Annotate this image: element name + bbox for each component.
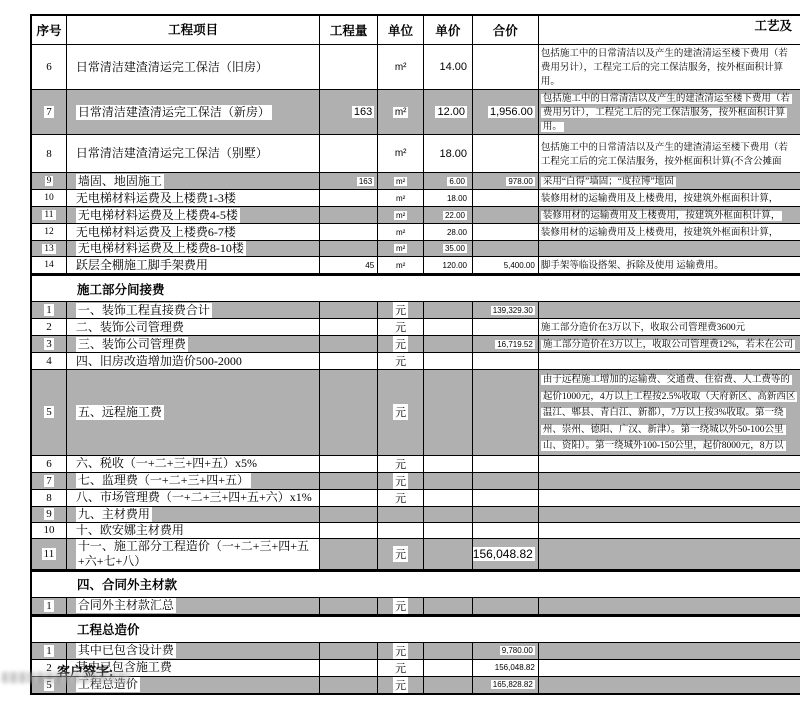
cell-qty[interactable]: 163 [320,173,378,189]
cell-text: 1,956.00 [488,106,535,118]
cell-text: 12 [44,227,54,237]
cell-desc[interactable] [539,598,800,614]
cell-text: 墙固、地固施工 [76,174,164,189]
cell-price[interactable]: 18.00 [424,135,473,172]
table-row: 4四、旧房改造增加造价500-2000元 [32,353,800,370]
cell-item[interactable]: 日常清洁建渣清运完工保洁（新房） [67,90,320,134]
cell-unit[interactable]: m² [378,207,424,223]
cell-no[interactable]: 10 [32,523,67,538]
cell-desc[interactable]: 包括施工中的日常清洁以及产生的建渣清运至楼下费用（若费用另计），工程完工后的完工… [539,90,800,134]
cell-qty[interactable] [320,490,378,506]
cell-qty[interactable] [320,456,378,472]
cell-qty[interactable] [320,336,378,352]
table-row: 12无电梯材料运费及上楼费6-7楼m²28.00装修用材的运输费用及上楼费用，按… [32,224,800,241]
table-row: 6六、税收（一+二+三+四+五）x5%元 [32,456,800,473]
cell-text: 11 [42,548,57,560]
cell-text: 无电梯材料运费及上楼费4-5楼 [76,208,240,223]
cell-text: 7 [44,475,54,487]
cell-price[interactable] [424,677,473,693]
cell-item[interactable]: 六、税收（一+二+三+四+五）x5% [67,456,320,472]
cell-no[interactable]: 1 [32,643,67,659]
table-row: 11无电梯材料运费及上楼费4-5楼m²22.00装修用材的运输费用及上楼费用，按… [32,207,800,224]
table-row: 3三、装饰公司管理费元16,719.52施工部分造价在3万以上，收取公司管理费1… [32,336,800,353]
cell-price[interactable] [424,456,473,472]
cell-no[interactable]: 5 [32,370,67,455]
cell-text: 元 [395,319,406,335]
cell-text: 元 [393,302,408,318]
cell-text: 装修用材的运输费用及上楼费用，按建筑外框面积计算， [541,228,779,238]
cell-unit[interactable]: m² [378,257,424,273]
cell-text: 包括施工中的日常清洁以及产生的建渣清运至楼下费用（若 [541,94,792,104]
cell-text: 元 [393,643,408,659]
cell-no[interactable]: 11 [32,207,67,223]
cell-unit[interactable]: 元 [378,336,424,352]
cell-price[interactable]: 120.00 [424,257,473,273]
cell-desc[interactable] [539,677,800,693]
cell-text: 十、欧安娜主材费用 [76,523,184,538]
cell-unit[interactable]: 元 [378,598,424,614]
cell-text: 163 [357,177,374,186]
cell-desc[interactable]: 装修用材的运输费用及上楼费用，按建筑外框面积计算， [539,224,800,240]
column-header-desc[interactable]: 工艺及 [539,16,800,44]
cell-no[interactable]: 7 [32,90,67,134]
cell-unit[interactable]: m² [378,241,424,256]
table-row: 7日常清洁建渣清运完工保洁（新房）163m²12.001,956.00包括施工中… [32,90,800,135]
cell-text: 包括施工中的日常清洁以及产生的建渣清运至楼下费用（若 [541,143,788,153]
cell-price[interactable] [424,370,473,455]
cell-desc[interactable]: 采用“白得”墙固；“度拉博”地固 [539,173,800,189]
column-header-label: 工艺及 [754,16,792,34]
column-header-no[interactable]: 序号 [32,16,67,44]
cell-no[interactable]: 8 [32,135,67,172]
cell-qty[interactable] [320,353,378,369]
cell-text: 十一、施工部分工程造价（一+二+三+四+五+六+七+八） [76,539,319,569]
desc-line: 采用“白得”墙固；“度拉博”地固 [541,174,676,188]
cell-text: 元 [393,404,408,420]
desc-line: 装修用材的运输费用及上楼费用，按建筑外框面积计算， [541,191,779,205]
cell-no[interactable]: 1 [32,598,67,614]
cell-item[interactable]: 九、主材费用 [67,507,320,522]
column-header-label: 单位 [388,21,413,39]
cell-text: 装修用材的运输费用及上楼费用，按建筑外框面积计算， [541,194,779,204]
cell-qty[interactable] [320,598,378,614]
section-title-label: 四、合同外主材款 [77,575,177,593]
cell-item[interactable]: 无电梯材料运费及上楼费1-3楼 [67,190,320,206]
cell-price[interactable] [424,353,473,369]
cell-text: 起价1000元，4万以上工程按2.5%收取（天府新区、高新西区 [541,392,798,402]
cell-qty[interactable] [320,643,378,659]
cell-price[interactable] [424,539,473,569]
cell-unit[interactable]: m² [378,45,424,89]
cell-qty[interactable] [320,507,378,522]
cell-unit[interactable]: 元 [378,370,424,455]
cell-qty[interactable] [320,473,378,489]
column-header-price[interactable]: 单价 [424,16,473,44]
cell-text: 九、主材费用 [76,507,152,522]
cell-text: 18.00 [447,194,467,203]
desc-line: 装修用材的运输费用及上楼费用，按建筑外框面积计算， [541,225,779,239]
cell-text: 州、崇州、德阳、广汉、新津）。第一绕城以外50-100公里 [541,425,786,435]
cell-text: 10 [43,524,54,536]
cell-price[interactable] [424,336,473,352]
cell-desc[interactable] [539,539,800,569]
cell-no[interactable]: 2 [32,319,67,335]
cell-total[interactable] [473,456,539,472]
cell-qty[interactable] [320,539,378,569]
cell-text: 日常清洁建渣清运完工保洁（新房） [76,105,272,120]
cell-item[interactable]: 无电梯材料运费及上楼费6-7楼 [67,224,320,240]
cell-item[interactable]: 其中已包含设计费 [67,643,320,659]
cell-text: 采用“白得”墙固；“度拉博”地固 [541,177,676,187]
cell-unit[interactable]: m² [378,135,424,172]
table-row: 1其中已包含设计费元9,780.00 [32,643,800,660]
desc-line: 起价1000元，4万以上工程按2.5%收取（天府新区、高新西区 [541,388,798,405]
cell-text: 6 [46,458,52,470]
desc-line: 工程完工后的完工保洁服务，按外框面积计算(不含公摊面 [541,154,782,168]
cell-desc[interactable] [539,456,800,472]
cell-unit[interactable]: m² [378,190,424,206]
cell-text: 由于远程施工增加的运输费、交通费、住宿费、人工费等的 [541,375,792,385]
cell-text: 日常清洁建渣清运完工保洁（旧房） [76,60,268,75]
cell-text: 施工部分造价在3万以上，收取公司管理费12%，若未在公司 [541,340,795,350]
cell-total[interactable] [473,370,539,455]
cell-total[interactable]: 16,719.52 [473,336,539,352]
estimate-table: 序号工程项目工程量单位单价合价工艺及6日常清洁建渣清运完工保洁（旧房）m²14.… [30,14,800,695]
cell-desc[interactable] [539,523,800,538]
cell-qty[interactable]: 45 [320,257,378,273]
table-row: 6日常清洁建渣清运完工保洁（旧房）m²14.00包括施工中的日常清洁以及产生的建… [32,45,800,90]
cell-no[interactable]: 6 [32,45,67,89]
cell-no[interactable]: 10 [32,190,67,206]
cell-price[interactable]: 22.00 [424,207,473,223]
cell-text: 元 [393,336,408,352]
cell-total[interactable] [473,190,539,206]
cell-total[interactable] [473,224,539,240]
desc-line: 施工部分造价在3万以上，收取公司管理费12%，若未在公司 [541,337,795,351]
cell-total[interactable] [473,45,539,89]
cell-item[interactable]: 墙固、地固施工 [67,173,320,189]
cell-desc[interactable]: 施工部分造价在3万以上，收取公司管理费12%，若未在公司 [539,336,800,352]
cell-total[interactable]: 9,780.00 [473,643,539,659]
cell-no[interactable]: 9 [32,173,67,189]
cell-text: m² [393,107,409,118]
cell-text: 无电梯材料运费及上楼费6-7楼 [76,225,236,240]
cell-unit[interactable]: 元 [378,473,424,489]
cell-qty[interactable] [320,660,378,676]
cell-text: 9 [45,176,54,186]
cell-price[interactable]: 18.00 [424,190,473,206]
cell-qty[interactable] [320,241,378,256]
cell-desc[interactable]: 装修用材的运输费用及上楼费用，按建筑外框面积计算， [539,207,800,223]
cell-text: 1 [44,304,54,316]
cell-item[interactable]: 十、欧安娜主材费用 [67,523,320,538]
cell-text: 14.00 [439,61,467,73]
cell-total[interactable] [473,523,539,538]
cell-text: 八、市场管理费（一+二+三+四+五+六）x1% [76,490,312,505]
cell-price[interactable]: 28.00 [424,224,473,240]
cell-text: 元 [395,490,406,506]
cell-price[interactable] [424,660,473,676]
table-row: 9墙固、地固施工163m²6.00978.00采用“白得”墙固；“度拉博”地固 [32,173,800,190]
cell-text: m² [394,244,407,253]
cell-price[interactable] [424,490,473,506]
cell-item[interactable]: 十一、施工部分工程造价（一+二+三+四+五+六+七+八） [67,539,320,569]
cell-text: 8 [46,492,52,504]
cell-desc[interactable] [539,507,800,522]
cell-no[interactable]: 11 [32,539,67,569]
cell-qty[interactable] [320,224,378,240]
cell-no[interactable]: 3 [32,336,67,352]
cell-text: 一、装饰工程直接费合计 [76,303,212,318]
cell-price[interactable] [424,598,473,614]
cell-item[interactable]: 五、远程施工费 [67,370,320,455]
cell-item[interactable]: 七、监理费（一+二+三+四+五） [67,473,320,489]
cell-qty[interactable] [320,207,378,223]
cell-unit[interactable]: 元 [378,643,424,659]
cell-total[interactable] [473,490,539,506]
cell-total[interactable] [473,598,539,614]
cell-total[interactable] [473,507,539,522]
cell-unit[interactable]: 元 [378,490,424,506]
cell-text: 元 [395,353,406,369]
cell-price[interactable]: 12.00 [424,90,473,134]
table-row: 2其中已包含施工费元156,048.82 [32,660,800,677]
cell-price[interactable] [424,643,473,659]
cell-text: 12.00 [435,106,467,118]
cell-text: 山、资阳）。第一绕城外100-150公里，起价8000元，8万以 [541,441,786,451]
cell-no[interactable]: 7 [32,473,67,489]
cell-desc[interactable]: 包括施工中的日常清洁以及产生的建渣清运至楼下费用（若费用另计），工程完工后的完工… [539,45,800,89]
cell-total[interactable]: 1,956.00 [473,90,539,134]
column-header-label: 工程项目 [168,23,218,38]
cell-text: 用。 [541,77,560,87]
cell-text: 9,780.00 [500,646,535,655]
cell-text: 139,329.30 [491,306,535,315]
cell-price[interactable] [424,302,473,318]
cell-qty[interactable] [320,677,378,693]
cell-total[interactable] [473,319,539,335]
cell-text: 装修用材的运输费用及上楼费用，按建筑外框面积计算， [541,211,783,221]
cell-unit[interactable]: m² [378,224,424,240]
cell-text: 14 [44,260,54,270]
table-row: 2二、装饰公司管理费元施工部分造价在3万以下，收取公司管理费3600元 [32,319,800,336]
cell-no[interactable]: 6 [32,456,67,472]
cell-desc[interactable] [539,302,800,318]
cell-text: m² [395,62,407,73]
section-header-row: 施工部分间接费 [32,274,800,302]
cell-unit[interactable]: 元 [378,353,424,369]
cell-text: 2 [46,321,52,333]
cell-total[interactable]: 5,400.00 [473,257,539,273]
cell-price[interactable]: 35.00 [424,241,473,256]
table-row: 5五、远程施工费元由于远程施工增加的运输费、交通费、住宿费、人工费等的起价100… [32,370,800,456]
cell-total[interactable] [473,353,539,369]
cell-price[interactable]: 6.00 [424,173,473,189]
cell-text: 35.00 [443,244,467,253]
cell-desc[interactable]: 脚手架等临设搭架、拆除及使用 运输费用。 [539,257,800,273]
cell-qty[interactable] [320,302,378,318]
cell-text: 包括施工中的日常清洁以及产生的建渣清运至楼下费用（若 [541,49,788,59]
desc-line: 用。 [541,119,564,133]
cell-text: 11 [42,210,55,220]
cell-text: 5,400.00 [504,261,535,270]
cell-unit[interactable]: 元 [378,456,424,472]
cell-qty[interactable]: 163 [320,90,378,134]
cell-text: 温江、郫县、青白江、新都），7万以上按3%收取。第一绕 [541,408,786,418]
cell-desc[interactable] [539,490,800,506]
desc-line: 包括施工中的日常清洁以及产生的建渣清运至楼下费用（若 [541,91,792,105]
cell-desc[interactable] [539,473,800,489]
cell-price[interactable] [424,473,473,489]
cell-text: 6 [46,61,52,73]
cell-item[interactable]: 一、装饰工程直接费合计 [67,302,320,318]
table-row: 10无电梯材料运费及上楼费1-3楼m²18.00装修用材的运输费用及上楼费用，按… [32,190,800,207]
cell-item[interactable]: 二、装饰公司管理费 [67,319,320,335]
section-header-row: 四、合同外主材款 [32,570,800,598]
cell-desc[interactable] [539,353,800,369]
cell-text: 7 [44,106,54,118]
cell-text: 165,828.82 [491,680,535,689]
cell-text: 120.00 [443,261,467,270]
cell-total[interactable]: 156,048.82 [473,539,539,569]
cell-unit[interactable]: 元 [378,677,424,693]
desc-line: 用。 [541,74,560,88]
cell-total[interactable]: 978.00 [473,173,539,189]
cell-no[interactable]: 9 [32,507,67,522]
desc-line: 脚手架等临设搭架、拆除及使用 运输费用。 [541,258,724,272]
desc-line: 费用另计），工程完工后的完工保洁服务，按外框面积计算 [541,60,783,74]
cell-text: 6.00 [447,177,467,186]
column-header-unit[interactable]: 单位 [378,16,424,44]
section-header-row: 工程总造价 [32,615,800,643]
cell-text: 三、装饰公司管理费 [76,337,188,352]
cell-price[interactable] [424,319,473,335]
cell-text: 4 [46,355,52,367]
cell-unit[interactable]: 元 [378,302,424,318]
cell-item[interactable]: 合同外主材款汇总 [67,598,320,614]
cell-item[interactable]: 三、装饰公司管理费 [67,336,320,352]
cell-item[interactable]: 无电梯材料运费及上楼费8-10楼 [67,241,320,256]
cell-unit[interactable]: m² [378,173,424,189]
desc-line: 由于远程施工增加的运输费、交通费、住宿费、人工费等的 [541,371,792,388]
cell-item[interactable]: 日常清洁建渣清运完工保洁（别墅） [67,135,320,172]
desc-line: 装修用材的运输费用及上楼费用，按建筑外框面积计算， [541,208,783,222]
table-row: 14跃层全棚施工脚手架费用45m²120.005,400.00脚手架等临设搭架、… [32,257,800,274]
cell-text: 156,048.82 [495,663,535,672]
column-header-total[interactable]: 合价 [473,16,539,44]
table-row: 10十、欧安娜主材费用 [32,523,800,539]
table-row: 7七、监理费（一+二+三+四+五）元 [32,473,800,490]
desc-line: 包括施工中的日常清洁以及产生的建渣清运至楼下费用（若 [541,46,788,60]
cell-desc[interactable]: 施工部分造价在3万以下，收取公司管理费3600元 [539,319,800,335]
desc-line: 施工部分造价在3万以下，收取公司管理费3600元 [541,320,745,334]
column-header-qty[interactable]: 工程量 [320,16,378,44]
desc-line: 山、资阳）。第一绕城外100-150公里，起价8000元，8万以 [541,437,786,454]
cell-price[interactable]: 14.00 [424,45,473,89]
cell-total[interactable] [473,207,539,223]
cell-text: 合同外主材款汇总 [76,598,176,613]
cell-text: m² [396,228,405,237]
cell-total[interactable]: 156,048.82 [473,660,539,676]
cell-no[interactable]: 14 [32,257,67,273]
cell-unit[interactable]: 元 [378,539,424,569]
cell-text: 四、旧房改造增加造价500-2000 [76,354,242,369]
column-header-item[interactable]: 工程项目 [67,16,320,44]
cell-text: m² [396,261,405,270]
table-row: 1合同外主材款汇总元 [32,598,800,615]
cell-total[interactable]: 139,329.30 [473,302,539,318]
cell-total[interactable] [473,135,539,172]
cell-text: 元 [393,473,408,489]
cell-unit[interactable]: 元 [378,319,424,335]
cell-text: m² [394,211,407,220]
cell-qty[interactable] [320,319,378,335]
cell-text: 七、监理费（一+二+三+四+五） [76,473,251,488]
cell-qty[interactable] [320,190,378,206]
cell-desc[interactable] [539,241,800,256]
column-header-label: 工程量 [330,21,368,39]
cell-unit[interactable]: 元 [378,660,424,676]
cell-total[interactable] [473,241,539,256]
cell-text: 费用另计），工程完工后的完工保洁服务，按外框面积计算 [541,108,787,118]
cell-text: 其中已包含设计费 [76,643,176,658]
cell-text: 18.00 [439,148,467,160]
cell-price[interactable] [424,523,473,538]
cell-text: 脚手架等临设搭架、拆除及使用 运输费用。 [541,261,724,271]
cell-text: 5 [44,406,54,418]
cell-text: 用。 [541,122,564,132]
cell-total[interactable]: 165,828.82 [473,677,539,693]
cell-text: 16,719.52 [495,340,535,349]
cell-qty[interactable] [320,523,378,538]
cell-no[interactable]: 1 [32,302,67,318]
cell-item[interactable]: 日常清洁建渣清运完工保洁（旧房） [67,45,320,89]
cell-desc[interactable]: 装修用材的运输费用及上楼费用，按建筑外框面积计算， [539,190,800,206]
cell-qty[interactable] [320,135,378,172]
cell-item[interactable]: 无电梯材料运费及上楼费4-5楼 [67,207,320,223]
cell-total[interactable] [473,473,539,489]
cell-no[interactable]: 4 [32,353,67,369]
cell-no[interactable]: 12 [32,224,67,240]
cell-no[interactable]: 13 [32,241,67,256]
cell-item[interactable]: 四、旧房改造增加造价500-2000 [67,353,320,369]
cell-text: 28.00 [447,228,467,237]
cell-desc[interactable] [539,643,800,659]
desc-line: 温江、郫县、青白江、新都），7万以上按3%收取。第一绕 [541,404,786,421]
cell-text: 1 [44,600,54,612]
cell-text: 1 [44,645,54,657]
cell-price[interactable] [424,507,473,522]
cell-qty[interactable] [320,370,378,455]
cell-unit[interactable] [378,507,424,522]
table-row: 5工程总造价元165,828.82 [32,677,800,693]
cell-text: 无电梯材料运费及上楼费8-10楼 [76,241,246,256]
cell-no[interactable]: 8 [32,490,67,506]
cell-desc[interactable]: 由于远程施工增加的运输费、交通费、住宿费、人工费等的起价1000元，4万以上工程… [539,370,800,455]
section-title-label: 施工部分间接费 [77,280,165,298]
cell-desc[interactable]: 包括施工中的日常清洁以及产生的建渣清运至楼下费用（若工程完工后的完工保洁服务，按… [539,135,800,172]
cell-unit[interactable]: m² [378,90,424,134]
cell-desc[interactable] [539,660,800,676]
cell-text: 13 [42,244,56,254]
cell-qty[interactable] [320,45,378,89]
cell-text: 跃层全棚施工脚手架费用 [76,258,208,273]
cell-item[interactable]: 跃层全棚施工脚手架费用 [67,257,320,273]
cell-unit[interactable] [378,523,424,538]
cell-text: 9 [44,508,54,520]
desc-line: 州、崇州、德阳、广汉、新津）。第一绕城以外50-100公里 [541,421,786,438]
cell-item[interactable]: 八、市场管理费（一+二+三+四+五+六）x1% [67,490,320,506]
